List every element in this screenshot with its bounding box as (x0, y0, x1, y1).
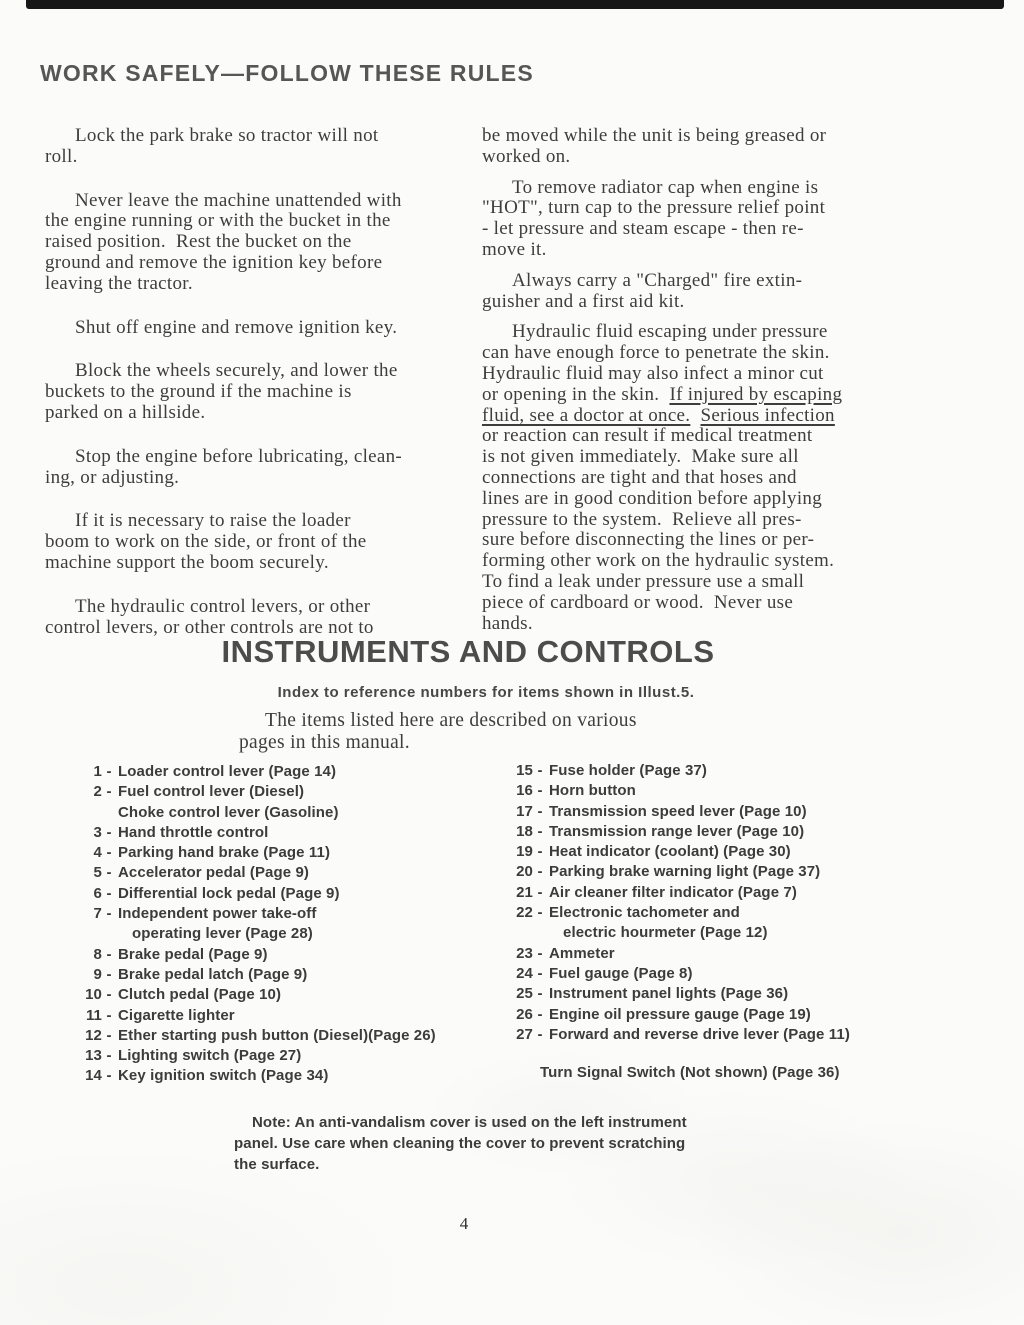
index-item: 2-Fuel control lever (Diesel) (66, 782, 486, 802)
item-dash: - (533, 862, 547, 882)
index-item: 14-Key ignition switch (Page 34) (66, 1066, 486, 1086)
index-item: 4-Parking hand brake (Page 11) (66, 843, 486, 863)
text-line: forming other work on the hydraulic syst… (482, 551, 922, 572)
item-number: 26 (505, 1005, 533, 1025)
index-item: 20-Parking brake warning light (Page 37) (505, 862, 945, 882)
text-line: Never leave the machine unattended with (45, 191, 477, 212)
text-line: boom to work on the side, or front of th… (45, 532, 477, 553)
safety-text-right-column: be moved while the unit is being greased… (482, 126, 922, 644)
text-segment: or opening in the skin. (482, 384, 669, 405)
index-item: 23-Ammeter (505, 944, 945, 964)
text-segment (690, 405, 700, 426)
item-number: 2 (66, 782, 102, 802)
paragraph: To remove radiator cap when engine is"HO… (482, 178, 922, 261)
item-number: 7 (66, 904, 102, 924)
text-line: the engine running or with the bucket in… (45, 211, 477, 232)
index-item: 6-Differential lock pedal (Page 9) (66, 884, 486, 904)
text-line: pages in this manual. (239, 732, 739, 754)
index-item: 5-Accelerator pedal (Page 9) (66, 863, 486, 883)
index-item: 19-Heat indicator (coolant) (Page 30) (505, 842, 945, 862)
index-item: 13-Lighting switch (Page 27) (66, 1046, 486, 1066)
item-text: Clutch pedal (Page 10) (116, 985, 281, 1005)
underlined-text: fluid, see a doctor at once. (482, 405, 690, 426)
text-line: machine support the boom securely. (45, 553, 477, 574)
item-dash: - (102, 863, 116, 883)
paragraph: The hydraulic control levers, or otherco… (45, 597, 477, 639)
item-number (505, 923, 533, 943)
index-item: 18-Transmission range lever (Page 10) (505, 822, 945, 842)
item-number: 17 (505, 802, 533, 822)
item-text: Engine oil pressure gauge (Page 19) (547, 1005, 811, 1025)
item-text: Cigarette lighter (116, 1006, 235, 1026)
item-dash: - (533, 761, 547, 781)
text-line: pressure to the system. Relieve all pres… (482, 510, 922, 531)
item-text: Differential lock pedal (Page 9) (116, 884, 340, 904)
index-item: 26-Engine oil pressure gauge (Page 19) (505, 1005, 945, 1025)
item-text: electric hourmeter (Page 12) (547, 923, 768, 943)
item-number (66, 924, 102, 944)
paragraph: If it is necessary to raise the loaderbo… (45, 511, 477, 573)
text-line: or reaction can result if medical treatm… (482, 426, 922, 447)
text-line: Shut off engine and remove ignition key. (45, 318, 477, 339)
text-line: The hydraulic control levers, or other (45, 597, 477, 618)
text-line: worked on. (482, 147, 922, 168)
scan-artifact-bar (26, 0, 1004, 9)
item-dash: - (102, 965, 116, 985)
item-text: Lighting switch (Page 27) (116, 1046, 301, 1066)
item-dash: - (533, 984, 547, 1004)
item-dash: - (533, 883, 547, 903)
text-line: panel. Use care when cleaning the cover … (234, 1133, 714, 1154)
item-text: Electronic tachometer and (547, 903, 740, 923)
item-text: Brake pedal latch (Page 9) (116, 965, 307, 985)
paragraph: Never leave the machine unattended witht… (45, 191, 477, 295)
item-number: 27 (505, 1025, 533, 1045)
index-item: 8-Brake pedal (Page 9) (66, 945, 486, 965)
page-number: 4 (0, 1214, 928, 1234)
item-text: Ammeter (547, 944, 615, 964)
item-number: 13 (66, 1046, 102, 1066)
text-line: ing, or adjusting. (45, 468, 477, 489)
index-item: 3-Hand throttle control (66, 823, 486, 843)
paragraph: Block the wheels securely, and lower the… (45, 361, 477, 423)
item-text: Transmission speed lever (Page 10) (547, 802, 807, 822)
item-text: Fuse holder (Page 37) (547, 761, 707, 781)
item-dash: - (102, 1026, 116, 1046)
item-number: 8 (66, 945, 102, 965)
item-dash: - (533, 944, 547, 964)
item-dash: - (102, 1066, 116, 1086)
paragraph: Lock the park brake so tractor will notr… (45, 126, 477, 168)
text-line: The items listed here are described on v… (239, 710, 739, 732)
item-dash: - (533, 1005, 547, 1025)
item-number: 4 (66, 843, 102, 863)
item-number: 3 (66, 823, 102, 843)
item-dash: - (102, 985, 116, 1005)
item-text: Loader control lever (Page 14) (116, 762, 336, 782)
item-dash (533, 923, 547, 943)
text-line: can have enough force to penetrate the s… (482, 343, 922, 364)
index-item: 15-Fuse holder (Page 37) (505, 761, 945, 781)
index-item: 22-Electronic tachometer and (505, 903, 945, 923)
item-dash: - (102, 762, 116, 782)
text-line: buckets to the ground if the machine is (45, 382, 477, 403)
item-number: 21 (505, 883, 533, 903)
text-line: the surface. (234, 1154, 714, 1175)
index-item: 27-Forward and reverse drive lever (Page… (505, 1025, 945, 1045)
item-dash: - (533, 781, 547, 801)
item-number: 12 (66, 1026, 102, 1046)
index-item: 12-Ether starting push button (Diesel)(P… (66, 1026, 486, 1046)
item-text: Transmission range lever (Page 10) (547, 822, 804, 842)
index-item: 7-Independent power take-off (66, 904, 486, 924)
item-dash: - (102, 904, 116, 924)
item-dash: - (533, 822, 547, 842)
item-number: 22 (505, 903, 533, 923)
index-item: 9-Brake pedal latch (Page 9) (66, 965, 486, 985)
item-text: Hand throttle control (116, 823, 268, 843)
item-number: 5 (66, 863, 102, 883)
paragraph: Stop the engine before lubricating, clea… (45, 447, 477, 489)
index-item: 24-Fuel gauge (Page 8) (505, 964, 945, 984)
item-dash: - (102, 1006, 116, 1026)
item-text: Forward and reverse drive lever (Page 11… (547, 1025, 850, 1045)
item-number (66, 803, 102, 823)
text-line: piece of cardboard or wood. Never use (482, 593, 922, 614)
text-line: fluid, see a doctor at once. Serious inf… (482, 406, 922, 427)
item-dash (102, 803, 116, 823)
text-line: "HOT", turn cap to the pressure relief p… (482, 198, 922, 219)
index-item: 21-Air cleaner filter indicator (Page 7) (505, 883, 945, 903)
text-line: or opening in the skin. If injured by es… (482, 385, 922, 406)
item-text: Brake pedal (Page 9) (116, 945, 268, 965)
index-item: 16-Horn button (505, 781, 945, 801)
item-text: Accelerator pedal (Page 9) (116, 863, 309, 883)
item-number: 10 (66, 985, 102, 1005)
item-number: 14 (66, 1066, 102, 1086)
item-dash: - (102, 823, 116, 843)
item-dash: - (533, 964, 547, 984)
text-line: - let pressure and steam escape - then r… (482, 219, 922, 240)
text-line: parked on a hillside. (45, 403, 477, 424)
section-heading: INSTRUMENTS AND CONTROLS (0, 634, 936, 670)
text-line: be moved while the unit is being greased… (482, 126, 922, 147)
item-text: Ether starting push button (Diesel)(Page… (116, 1026, 436, 1046)
intro-paragraph: The items listed here are described on v… (239, 710, 739, 754)
item-number: 23 (505, 944, 533, 964)
text-line: guisher and a first aid kit. (482, 292, 922, 313)
item-text: Fuel gauge (Page 8) (547, 964, 693, 984)
item-dash: - (533, 1025, 547, 1045)
index-item: 25-Instrument panel lights (Page 36) (505, 984, 945, 1004)
item-number: 9 (66, 965, 102, 985)
underlined-text: Serious infection (700, 405, 834, 426)
item-number: 11 (66, 1006, 102, 1026)
item-number: 24 (505, 964, 533, 984)
item-text: Independent power take-off (116, 904, 316, 924)
underlined-text: If injured by escaping (669, 384, 842, 405)
text-line: Hydraulic fluid escaping under pressure (482, 322, 922, 343)
item-number: 16 (505, 781, 533, 801)
index-item: 11-Cigarette lighter (66, 1006, 486, 1026)
text-line: hands. (482, 614, 922, 635)
text-line: Lock the park brake so tractor will not (45, 126, 477, 147)
text-line: Hydraulic fluid may also infect a minor … (482, 364, 922, 385)
item-number: 18 (505, 822, 533, 842)
safety-text-left-column: Lock the park brake so tractor will notr… (45, 126, 477, 661)
page-title: WORK SAFELY—FOLLOW THESE RULES (40, 60, 534, 87)
item-text: Parking hand brake (Page 11) (116, 843, 330, 863)
text-line: Block the wheels securely, and lower the (45, 361, 477, 382)
item-dash: - (102, 1046, 116, 1066)
note-paragraph: Note: An anti-vandalism cover is used on… (234, 1112, 714, 1175)
index-item: operating lever (Page 28) (66, 924, 486, 944)
item-dash: - (533, 802, 547, 822)
index-item: electric hourmeter (Page 12) (505, 923, 945, 943)
text-line: roll. (45, 147, 477, 168)
manual-page: WORK SAFELY—FOLLOW THESE RULES Lock the … (0, 0, 1024, 1325)
index-item: 10-Clutch pedal (Page 10) (66, 985, 486, 1005)
reference-list-left: 1-Loader control lever (Page 14)2-Fuel c… (66, 762, 486, 1087)
item-text: Instrument panel lights (Page 36) (547, 984, 788, 1004)
index-item: Choke control lever (Gasoline) (66, 803, 486, 823)
text-line: ground and remove the ignition key befor… (45, 253, 477, 274)
item-text: Air cleaner filter indicator (Page 7) (547, 883, 797, 903)
turn-signal-entry: Turn Signal Switch (Not shown) (Page 36) (540, 1064, 840, 1081)
item-number: 20 (505, 862, 533, 882)
item-dash: - (102, 884, 116, 904)
text-line: Note: An anti-vandalism cover is used on… (234, 1112, 714, 1133)
item-text: Heat indicator (coolant) (Page 30) (547, 842, 791, 862)
text-line: move it. (482, 240, 922, 261)
paragraph: Shut off engine and remove ignition key. (45, 318, 477, 339)
text-line: To remove radiator cap when engine is (482, 178, 922, 199)
reference-list-right: 15-Fuse holder (Page 37)16-Horn button17… (505, 761, 945, 1045)
paragraph: be moved while the unit is being greased… (482, 126, 922, 168)
paragraph: Hydraulic fluid escaping under pressurec… (482, 322, 922, 634)
item-dash: - (102, 945, 116, 965)
item-number: 1 (66, 762, 102, 782)
index-reference-caption: Index to reference numbers for items sho… (0, 684, 972, 701)
text-line: connections are tight and that hoses and (482, 468, 922, 489)
item-number: 19 (505, 842, 533, 862)
text-line: sure before disconnecting the lines or p… (482, 530, 922, 551)
item-number: 6 (66, 884, 102, 904)
item-text: Key ignition switch (Page 34) (116, 1066, 328, 1086)
paragraph: Always carry a "Charged" fire extin-guis… (482, 271, 922, 313)
text-line: leaving the tractor. (45, 274, 477, 295)
item-text: Fuel control lever (Diesel) (116, 782, 304, 802)
item-text: operating lever (Page 28) (116, 924, 313, 944)
item-text: Choke control lever (Gasoline) (116, 803, 339, 823)
item-text: Parking brake warning light (Page 37) (547, 862, 820, 882)
item-text: Horn button (547, 781, 636, 801)
index-item: 1-Loader control lever (Page 14) (66, 762, 486, 782)
item-number: 15 (505, 761, 533, 781)
item-dash: - (533, 842, 547, 862)
item-dash: - (533, 903, 547, 923)
item-dash: - (102, 782, 116, 802)
item-dash (102, 924, 116, 944)
text-line: If it is necessary to raise the loader (45, 511, 477, 532)
item-dash: - (102, 843, 116, 863)
text-line: is not given immediately. Make sure all (482, 447, 922, 468)
text-line: lines are in good condition before apply… (482, 489, 922, 510)
index-item: 17-Transmission speed lever (Page 10) (505, 802, 945, 822)
text-line: Always carry a "Charged" fire extin- (482, 271, 922, 292)
item-number: 25 (505, 984, 533, 1004)
text-line: To find a leak under pressure use a smal… (482, 572, 922, 593)
text-line: Stop the engine before lubricating, clea… (45, 447, 477, 468)
text-line: raised position. Rest the bucket on the (45, 232, 477, 253)
